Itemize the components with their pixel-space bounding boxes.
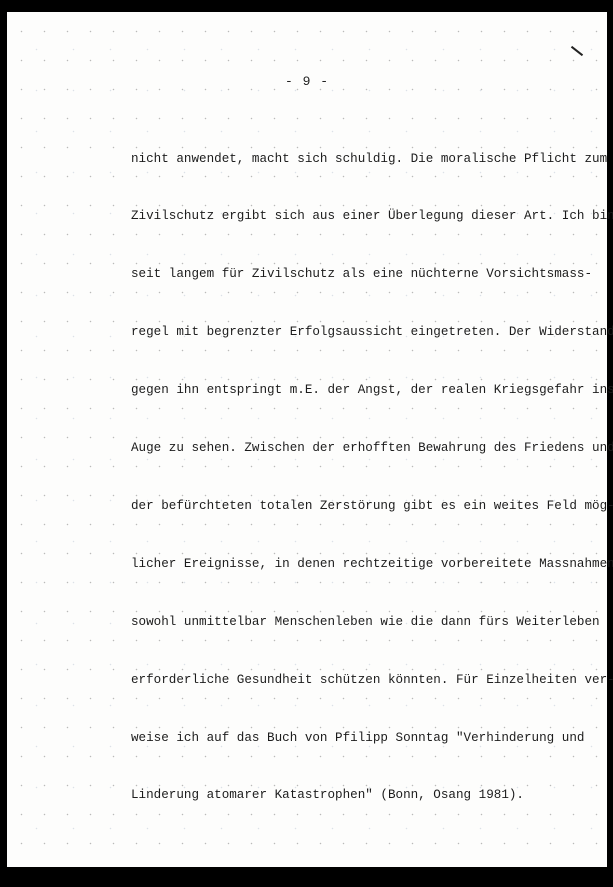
text-line: sowohl unmittelbar Menschenleben wie die… — [131, 613, 601, 632]
scan-artifact — [571, 46, 583, 56]
text-line: Linderung atomarer Katastrophen" (Bonn, … — [131, 786, 601, 805]
text-line: seit langem für Zivilschutz als eine nüc… — [131, 265, 601, 284]
page-number: - 9 - — [7, 74, 607, 89]
text-line: Auge zu sehen. Zwischen der erhofften Be… — [131, 439, 601, 458]
body-paragraph: nicht anwendet, macht sich schuldig. Die… — [131, 111, 601, 844]
text-line: gegen ihn entspringt m.E. der Angst, der… — [131, 381, 601, 400]
text-line: erforderliche Gesundheit schützen könnte… — [131, 671, 601, 690]
text-line: der befürchteten totalen Zerstörung gibt… — [131, 497, 601, 516]
text-line: regel mit begrenzter Erfolgsaussicht ein… — [131, 323, 601, 342]
scanned-page: - 9 - nicht anwendet, macht sich schuldi… — [7, 12, 607, 867]
text-line: weise ich auf das Buch von Pfilipp Sonnt… — [131, 729, 601, 748]
text-line: nicht anwendet, macht sich schuldig. Die… — [131, 150, 601, 169]
text-line: Zivilschutz ergibt sich aus einer Überle… — [131, 207, 601, 226]
text-line: licher Ereignisse, in denen rechtzeitige… — [131, 555, 601, 574]
